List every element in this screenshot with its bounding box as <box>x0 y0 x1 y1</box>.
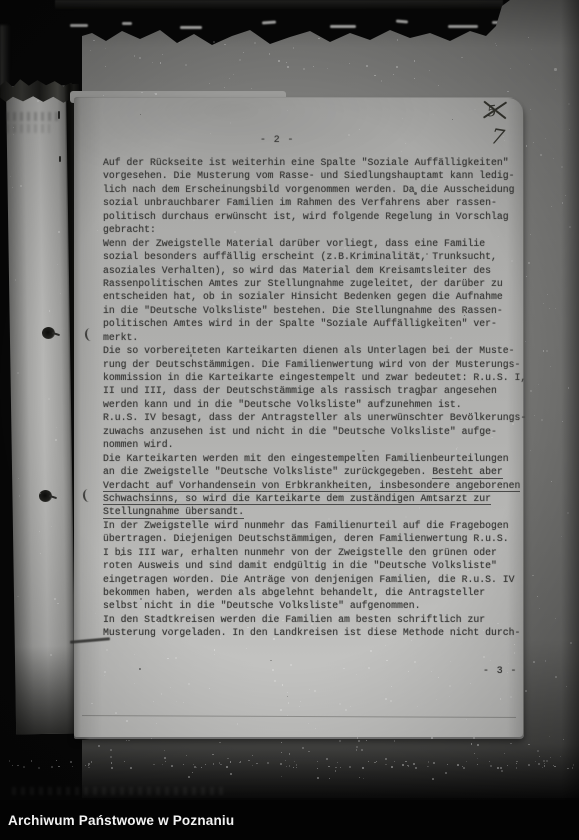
line-text: zuwachs anzusehen ist und nicht in die "… <box>103 426 497 437</box>
text-line: merkt. <box>103 331 526 344</box>
line-text: roten Ausweis und sind damit endgültig i… <box>103 560 497 571</box>
film-glare-streak <box>70 24 88 27</box>
faint-stamp-mark <box>6 112 62 121</box>
text-line: zuwachs anzusehen ist und nicht in die "… <box>103 425 526 438</box>
line-text: werden kann und in die "Deutsche Volksli… <box>103 399 462 410</box>
punch-hole-crescent <box>84 327 96 341</box>
line-text: In der Zweigstelle wird nunmehr das Fami… <box>103 520 509 531</box>
text-line: kommission in die Karteikarte eingestemp… <box>103 371 526 384</box>
text-line: Rassenpolitischen Amtes zur Stellungnahm… <box>103 277 526 290</box>
line-text: selbst nicht in die "Deutsche Volksliste… <box>103 600 420 611</box>
line-text: an die Zweigstelle "Deutsche Volksliste"… <box>103 466 432 477</box>
text-line: R.u.S. IV besagt, dass der Antragsteller… <box>103 411 526 424</box>
text-line: Verdacht auf Vorhandensein von Erbkrankh… <box>103 479 526 492</box>
typewritten-text: Auf der Rückseite ist weiterhin eine Spa… <box>103 156 526 640</box>
faint-film-edge-code <box>12 787 227 795</box>
punch-hole <box>39 490 52 502</box>
punch-hole <box>42 327 55 339</box>
text-line: II und III, dass der Deutschstämmige als… <box>103 384 526 397</box>
film-glare-streak <box>122 22 132 25</box>
line-text: Musterung vorgeladen. In den Landkreisen… <box>103 627 520 638</box>
line-text: kommission in die Karteikarte eingestemp… <box>103 372 526 383</box>
right-edge-shadow <box>561 0 579 800</box>
line-text: rung der Deutschstämmigen. Die Familienw… <box>103 359 520 370</box>
text-line: lich nach dem Erscheinungsbild vorgenomm… <box>103 183 526 196</box>
line-text: sozial besonders auffällig erscheint (z.… <box>103 251 497 262</box>
text-line: bekommen haben, werden als abgelehnt beh… <box>103 586 526 599</box>
line-text: in die "Deutsche Volksliste" bestehen. D… <box>103 305 503 316</box>
line-text: lich nach dem Erscheinungsbild vorgenomm… <box>103 184 515 195</box>
text-line: rung der Deutschstämmigen. Die Familienw… <box>103 358 526 371</box>
text-line: Schwachsinns, so wird die Karteikarte de… <box>103 492 526 505</box>
text-line: selbst nicht in die "Deutsche Volksliste… <box>103 599 526 612</box>
line-text: Die Karteikarten werden mit den eingeste… <box>103 453 509 464</box>
line-text: R.u.S. IV besagt, dass der Antragsteller… <box>103 412 526 423</box>
page-number-top: - 2 - <box>260 134 294 145</box>
line-text: eingetragen worden. Die Anträge von denj… <box>103 574 515 585</box>
line-text: nommen wird. <box>103 439 174 450</box>
line-text: politischen Amtes wird in der Spalte "So… <box>103 318 497 329</box>
punch-hole-crescent <box>82 488 94 502</box>
text-line: eingetragen worden. Die Anträge von denj… <box>103 573 526 586</box>
text-line: politisch durchaus erwünscht ist, wird f… <box>103 210 526 223</box>
line-text: politisch durchaus erwünscht ist, wird f… <box>103 211 509 222</box>
text-line: Musterung vorgeladen. In den Landkreisen… <box>103 626 526 639</box>
text-line: an die Zweigstelle "Deutsche Volksliste"… <box>103 465 526 478</box>
underlined-text: Stellungnahme übersandt. <box>103 506 244 519</box>
line-text: übertragen. Diejenigen Deutschstämmigen,… <box>103 533 509 544</box>
text-line: entscheiden hat, ob in sozialer Hinsicht… <box>103 290 526 303</box>
film-glare-streak <box>262 21 276 24</box>
text-line: sozial besonders auffällig erscheint (z.… <box>103 250 526 263</box>
document-page: 5 7 - 2 - Auf der Rückseite ist weiterhi… <box>74 97 524 737</box>
line-text: In den Stadtkreisen werden die Familien … <box>103 614 485 625</box>
text-line: In der Zweigstelle wird nunmehr das Fami… <box>103 519 526 532</box>
page-number-bottom: - 3 - <box>483 665 517 676</box>
text-line: roten Ausweis und sind damit endgültig i… <box>103 559 526 572</box>
underlined-text: Besteht aber <box>432 466 503 479</box>
faint-stamp-mark <box>6 124 50 133</box>
ink-speck <box>59 156 61 162</box>
line-text: gebracht: <box>103 224 156 235</box>
line-text: entscheiden hat, ob in sozialer Hinsicht… <box>103 291 503 302</box>
film-glare-streak <box>330 25 356 28</box>
line-text: Rassenpolitischen Amtes zur Stellungnahm… <box>103 278 503 289</box>
stack-bottom-shadow <box>15 645 76 734</box>
film-frame-edge <box>55 0 503 10</box>
archive-name-label: Archiwum Państwowe w Poznaniu <box>8 813 234 828</box>
film-glare-streak <box>396 19 408 23</box>
line-text: bekommen haben, werden als abgelehnt beh… <box>103 587 485 598</box>
text-line: Wenn der Zweigstelle Material darüber vo… <box>103 237 526 250</box>
text-line: Die so vorbereiteten Karteikarten dienen… <box>103 344 526 357</box>
text-line: vorgesehen. Die Musterung vom Rasse- und… <box>103 169 526 182</box>
text-line: politischen Amtes wird in der Spalte "So… <box>103 317 526 330</box>
handwritten-page-number: 7 <box>489 124 506 150</box>
line-text: Die so vorbereiteten Karteikarten dienen… <box>103 345 515 356</box>
text-line: übertragen. Diejenigen Deutschstämmigen,… <box>103 532 526 545</box>
text-line: werden kann und in die "Deutsche Volksli… <box>103 398 526 411</box>
ink-speck <box>58 111 60 119</box>
text-line: gebracht: <box>103 223 526 236</box>
line-text: Auf der Rückseite ist weiterhin eine Spa… <box>103 157 509 168</box>
text-line: asoziales Verhalten), so wird das Materi… <box>103 264 526 277</box>
paper-crease-line <box>82 715 516 718</box>
line-text: II und III, dass der Deutschstämmige als… <box>103 385 497 396</box>
underlined-text: Verdacht auf Vorhandensein von Erbkrankh… <box>103 480 520 493</box>
underlined-text: Schwachsinns, so wird die Karteikarte de… <box>103 493 491 506</box>
microfilm-scan-frame: 5 7 - 2 - Auf der Rückseite ist weiterhi… <box>0 0 579 840</box>
text-line: Stellungnahme übersandt. <box>103 505 526 518</box>
film-glare-streak <box>180 26 202 29</box>
film-glare-streak <box>448 25 478 28</box>
text-line: sozial unbrauchbarer Familien im Rahmen … <box>103 196 526 209</box>
line-text: sozial unbrauchbarer Familien im Rahmen … <box>103 197 497 208</box>
text-line: Die Karteikarten werden mit den eingeste… <box>103 452 526 465</box>
line-text: Wenn der Zweigstelle Material darüber vo… <box>103 238 485 249</box>
handwritten-crossed-out-number: 5 <box>480 96 510 126</box>
line-text: I bis III war, erhalten nunmehr von der … <box>103 547 497 558</box>
text-line: nommen wird. <box>103 438 526 451</box>
line-text: asoziales Verhalten), so wird das Materi… <box>103 265 491 276</box>
text-line: Auf der Rückseite ist weiterhin eine Spa… <box>103 156 526 169</box>
line-text: merkt. <box>103 332 138 343</box>
text-line: I bis III war, erhalten nunmehr von der … <box>103 546 526 559</box>
film-edge-sliver <box>0 25 10 87</box>
text-line: in die "Deutsche Volksliste" bestehen. D… <box>103 304 526 317</box>
text-line: In den Stadtkreisen werden die Familien … <box>103 613 526 626</box>
archive-watermark-band: Archiwum Państwowe w Poznaniu <box>0 800 579 840</box>
line-text: vorgesehen. Die Musterung vom Rasse- und… <box>103 170 515 181</box>
